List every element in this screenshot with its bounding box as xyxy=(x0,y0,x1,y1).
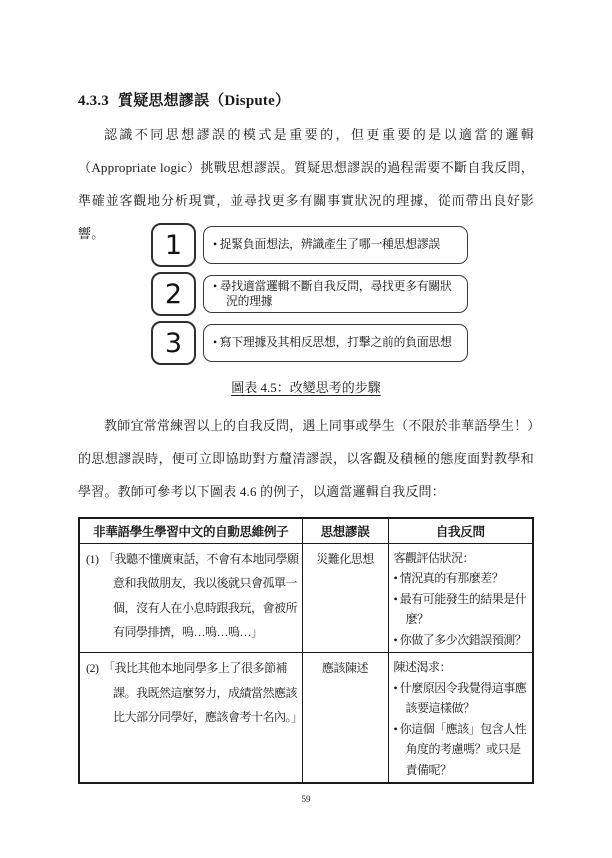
step-text-box: 捉緊負面想法，辨識產生了哪一種思想謬誤 xyxy=(203,226,468,264)
step-item-1: 1 捉緊負面想法，辨識產生了哪一種思想謬誤 xyxy=(151,223,468,267)
reflection-label: 客觀評估狀況： xyxy=(394,548,531,569)
reflection-list: 什麼原因令我覺得這事應該要這樣做？ 你這個「應該」包含人性角度的考慮嗎？或只是責… xyxy=(394,678,531,781)
header-cell-examples: 非華語學生學習中文的自動思維例子 xyxy=(79,518,302,543)
example-number: (2) xyxy=(86,656,99,681)
header-cell-reflection: 自我反問 xyxy=(388,518,533,543)
bullet-item: 你做了多少次錯誤預測？ xyxy=(394,630,531,651)
step-item-2: 2 尋找適當邏輯不斷自我反問，尋找更多有關狀況的理據 xyxy=(151,272,468,316)
reflection-list: 情況真的有那麼差？ 最有可能發生的結果是什麼？ 你做了多少次錯誤預測？ xyxy=(394,568,531,650)
steps-diagram: 1 捉緊負面想法，辨識產生了哪一種思想謬誤 2 尋找適當邏輯不斷自我反問，尋找更… xyxy=(151,223,468,370)
example-text: 「我比其他本地同學多上了很多節補課。我既然這麼努力，成績當然應該比大部分同學好，… xyxy=(103,661,303,724)
step-text: 捉緊負面想法，辨識產生了哪一種思想謬誤 xyxy=(213,237,440,253)
header-cell-fallacy: 思想謬誤 xyxy=(302,518,388,543)
section-title: 質疑思想謬誤（Dispute） xyxy=(118,93,290,109)
fallacy-cell: 災難化思想 xyxy=(302,543,388,653)
step-text: 尋找適當邏輯不斷自我反問，尋找更多有關狀況的理據 xyxy=(213,279,460,310)
step-text-box: 寫下理據及其相反思想，打擊之前的負面思想 xyxy=(203,324,468,362)
example-number: (1) xyxy=(86,547,99,572)
step-item-3: 3 寫下理據及其相反思想，打擊之前的負面思想 xyxy=(151,321,468,365)
step-number-box: 3 xyxy=(151,321,196,365)
reflection-cell: 客觀評估狀況： 情況真的有那麼差？ 最有可能發生的結果是什麼？ 你做了多少次錯誤… xyxy=(388,543,533,653)
step-text-box: 尋找適當邏輯不斷自我反問，尋找更多有關狀況的理據 xyxy=(203,275,468,313)
reflection-cell: 陳述渴求： 什麼原因令我覺得這事應該要這樣做？ 你這個「應該」包含人性角度的考慮… xyxy=(388,653,533,784)
bullet-item: 什麼原因令我覺得這事應該要這樣做？ xyxy=(394,678,531,719)
bullet-item: 最有可能發生的結果是什麼？ xyxy=(394,589,531,630)
step-number-box: 1 xyxy=(151,223,196,267)
reflection-label: 陳述渴求： xyxy=(394,657,531,678)
instruction-paragraph: 教師宜常常練習以上的自我反問，遇上同事或學生（不限於非華語學生！）的思想謬誤時，… xyxy=(78,409,534,508)
page-number: 59 xyxy=(0,794,612,804)
table-row: (2) 「我比其他本地同學多上了很多節補課。我既然這麼努力，成績當然應該比大部分… xyxy=(79,653,533,784)
examples-table: 非華語學生學習中文的自動思維例子 思想謬誤 自我反問 (1) 「我聽不懂廣東話，… xyxy=(78,517,534,784)
step-text: 寫下理據及其相反思想，打擊之前的負面思想 xyxy=(213,335,452,351)
step-number-box: 2 xyxy=(151,272,196,316)
bullet-item: 你這個「應該」包含人性角度的考慮嗎？或只是責備呢？ xyxy=(394,719,531,781)
section-number: 4.3.3 xyxy=(78,93,109,109)
document-page: 4.3.3質疑思想謬誤（Dispute） 認識不同思想謬誤的模式是重要的，但更重… xyxy=(0,0,612,858)
table-header-row: 非華語學生學習中文的自動思維例子 思想謬誤 自我反問 xyxy=(79,518,533,543)
example-text: 「我聽不懂廣東話，不會有本地同學願意和我做朋友，我以後就只會孤單一個，沒有人在小… xyxy=(103,552,299,640)
example-cell: (2) 「我比其他本地同學多上了很多節補課。我既然這麼努力，成績當然應該比大部分… xyxy=(79,653,302,784)
section-heading: 4.3.3質疑思想謬誤（Dispute） xyxy=(78,90,290,112)
table-row: (1) 「我聽不懂廣東話，不會有本地同學願意和我做朋友，我以後就只會孤單一個，沒… xyxy=(79,543,533,653)
fallacy-cell: 應該陳述 xyxy=(302,653,388,784)
figure-caption: 圖表 4.5：改變思考的步驟 xyxy=(0,378,612,398)
bullet-item: 情況真的有那麼差？ xyxy=(394,568,531,589)
example-cell: (1) 「我聽不懂廣東話，不會有本地同學願意和我做朋友，我以後就只會孤單一個，沒… xyxy=(79,543,302,653)
